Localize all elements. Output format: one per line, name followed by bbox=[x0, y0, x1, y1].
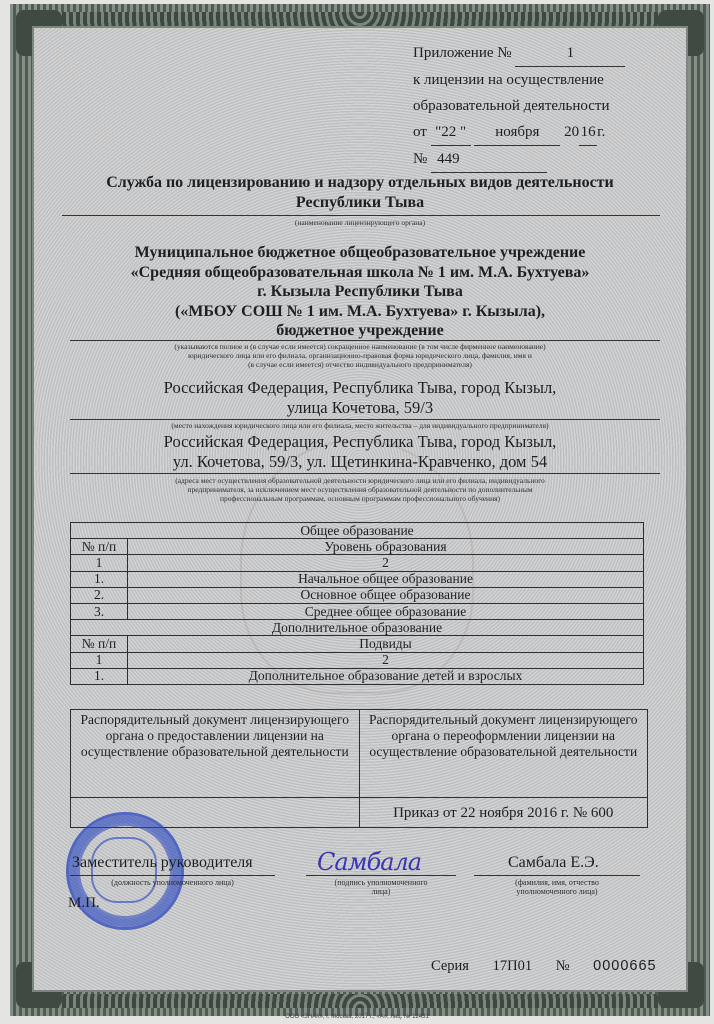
signer-name-caption: (фамилия, имя, отчество уполномоченного … bbox=[474, 878, 640, 896]
license-number: № 449 bbox=[413, 146, 643, 173]
appendix-to-license: к лицензии на осуществление bbox=[413, 67, 643, 93]
reissue-document-value: Приказ от 22 ноября 2016 г. № 600 bbox=[359, 798, 648, 828]
organization-caption: (указываются полное и (в случае если име… bbox=[60, 342, 660, 369]
licensing-body-caption: (наименование лицензирующего органа) bbox=[60, 218, 660, 227]
divider bbox=[70, 340, 660, 341]
date-year: 16 bbox=[579, 119, 597, 146]
education-levels-table: Общее образование № п/пУровень образован… bbox=[70, 522, 644, 685]
legal-address-caption: (место нахождения юридического лица или … bbox=[60, 421, 660, 430]
appendix-header: Приложение № 1 к лицензии на осуществлен… bbox=[413, 40, 643, 173]
signer-position: Заместитель руководителя bbox=[72, 854, 272, 872]
activity-address: Российская Федерация, Республика Тыва, г… bbox=[60, 432, 660, 472]
series-value: 17П01 bbox=[493, 958, 532, 974]
form-series: Серия 17П01 № 0000665 bbox=[431, 958, 675, 975]
table-row: Дополнительное образование bbox=[71, 620, 644, 636]
divider bbox=[62, 215, 660, 216]
signer-name: Самбала Е.Э. bbox=[508, 854, 599, 872]
section-title: Общее образование bbox=[71, 523, 644, 539]
section-title: Дополнительное образование bbox=[71, 620, 644, 636]
table-row: 2.Основное общее образование bbox=[71, 587, 644, 603]
table-header-row: № п/пУровень образования bbox=[71, 539, 644, 555]
licensing-body: Служба по лицензированию и надзору отдел… bbox=[60, 173, 660, 213]
handwritten-signature: Самбала bbox=[317, 848, 421, 876]
date-day: "22 " bbox=[431, 119, 471, 146]
form-number: 0000665 bbox=[593, 958, 656, 974]
position-caption: (должность уполномоченного лица) bbox=[70, 878, 275, 887]
activity-address-caption: (адреса мест осуществления образовательн… bbox=[60, 476, 660, 503]
table-header-row: № п/пПодвиды bbox=[71, 636, 644, 652]
seal-place-label: М.П. bbox=[68, 895, 100, 912]
table-row: 1.Дополнительное образование детей и взр… bbox=[71, 668, 644, 684]
signature-caption: (подпись уполномоченного лица) bbox=[306, 878, 456, 896]
license-number-value: 449 bbox=[431, 146, 547, 173]
administrative-documents-table: Распорядительный документ лицензирующего… bbox=[70, 709, 648, 828]
divider bbox=[474, 875, 640, 876]
appendix-number: 1 bbox=[515, 40, 625, 67]
printer-imprint: ООО «ЗНАК», г. Москва, 2017 г., «А», лиц… bbox=[0, 1014, 714, 1020]
appendix-label: Приложение № bbox=[413, 45, 512, 61]
grant-document-header: Распорядительный документ лицензирующего… bbox=[71, 710, 360, 798]
table-row: 3.Среднее общее образование bbox=[71, 603, 644, 619]
divider bbox=[70, 419, 660, 420]
divider bbox=[306, 875, 456, 876]
table-row: Общее образование bbox=[71, 523, 644, 539]
divider bbox=[70, 473, 660, 474]
date-month: ноября bbox=[474, 119, 560, 146]
table-header-row: Распорядительный документ лицензирующего… bbox=[71, 710, 648, 798]
reissue-document-header: Распорядительный документ лицензирующего… bbox=[359, 710, 648, 798]
table-row: 12 bbox=[71, 555, 644, 571]
table-row: 1.Начальное общее образование bbox=[71, 571, 644, 587]
table-row: 12 bbox=[71, 652, 644, 668]
organization-name: Муниципальное бюджетное общеобразователь… bbox=[60, 243, 660, 341]
appendix-activity: образовательной деятельности bbox=[413, 93, 643, 119]
appendix-date: от "22 " ноября 2016г. bbox=[413, 119, 643, 146]
legal-address: Российская Федерация, Республика Тыва, г… bbox=[60, 378, 660, 418]
divider bbox=[70, 875, 275, 876]
